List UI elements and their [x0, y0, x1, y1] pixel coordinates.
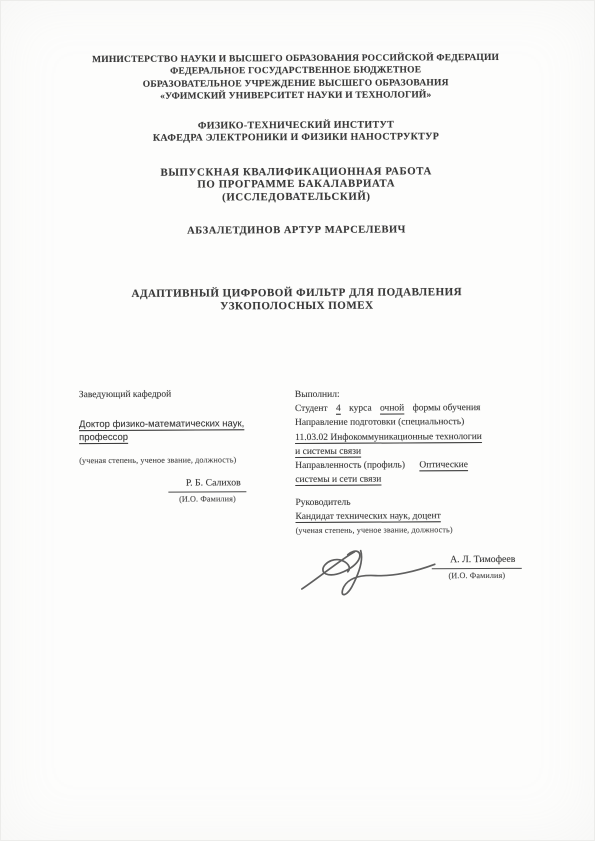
profile-line: Направленность (профиль) Оптические: [295, 458, 547, 474]
supervisor-name-hint: (И.О. Фамилия): [422, 569, 532, 584]
supervisor-degree: Кандидат технических наук, доцент: [295, 509, 547, 524]
profile-value-line2: системы и сети связи: [295, 472, 547, 488]
profile-value-line1: Оптические: [413, 460, 468, 470]
supervisor-block: Руководитель Кандидат технических наук, …: [295, 496, 547, 538]
sheet-content: МИНИСТЕРСТВО НАУКИ И ВЫСШЕГО ОБРАЗОВАНИЯ…: [0, 0, 595, 841]
head-name: Р. Б. Салихов: [168, 476, 247, 492]
student-line: Студент 4 курса очной формы обучения: [295, 401, 547, 417]
scanned-thesis-title-page: МИНИСТЕРСТВО НАУКИ И ВЫСШЕГО ОБРАЗОВАНИЯ…: [0, 0, 595, 841]
supervisor-role-label: Руководитель: [295, 496, 547, 511]
supervisor-credentials-hint: (ученая степень, ученое звание, должност…: [296, 523, 548, 538]
university-name: «УФИМСКИЙ УНИВЕРСИТЕТ НАУКИ И ТЕХНОЛОГИЙ…: [0, 88, 592, 103]
work-type-block: ВЫПУСКНАЯ КВАЛИФИКАЦИОННАЯ РАБОТА ПО ПРО…: [0, 164, 593, 204]
profile-label: Направленность (профиль): [295, 460, 405, 471]
supervisor-name: А. Л. Тимофеев: [432, 553, 521, 570]
student-block: Выполнил: Студент 4 курса очной формы об…: [295, 387, 548, 488]
ministry-header: МИНИСТЕРСТВО НАУКИ И ВЫСШЕГО ОБРАЗОВАНИЯ…: [0, 51, 592, 103]
head-name-hint: (И.О. Фамилия): [141, 492, 273, 506]
performed-label: Выполнил:: [295, 387, 547, 403]
thesis-title-line: УЗКОПОЛОСНЫХ ПОМЕХ: [0, 298, 593, 314]
head-role-label: Заведующий кафедрой: [79, 388, 291, 403]
head-credentials-hint: (ученая степень, ученое звание, должност…: [79, 453, 291, 468]
study-form: очной: [374, 404, 410, 414]
supervisor-signature-area: А. Л. Тимофеев (И.О. Фамилия): [296, 537, 548, 618]
head-signature-area: Р. Б. Салихов (И.О. Фамилия): [141, 476, 273, 506]
direction-value-line2: и системы связи: [295, 444, 547, 460]
direction-label: Направление подготовки (специальность): [295, 415, 547, 431]
thesis-title: АДАПТИВНЫЙ ЦИФРОВОЙ ФИЛЬТР ДЛЯ ПОДАВЛЕНИ…: [0, 285, 593, 314]
institute-header: ФИЗИКО-ТЕХНИЧЕСКИЙ ИНСТИТУТ КАФЕДРА ЭЛЕК…: [0, 118, 593, 146]
head-of-department-block: Заведующий кафедрой Доктор физико-матема…: [79, 388, 292, 506]
work-type-line: (ИССЛЕДОВАТЕЛЬСКИЙ): [0, 189, 593, 205]
direction-value-line1: 11.03.02 Инфокоммуникационные технологии: [295, 429, 547, 445]
supervisor-name-area: А. Л. Тимофеев (И.О. Фамилия): [422, 553, 532, 584]
course-word: курса: [349, 404, 372, 414]
head-degree: Доктор физико-математических наук, профе…: [79, 417, 285, 445]
author-name: АБЗАЛЕТДИНОВ АРТУР МАРСЕЛЕВИЧ: [0, 223, 593, 237]
student-word: Студент: [295, 404, 328, 414]
study-suffix: формы обучения: [413, 403, 481, 413]
signature-scribble: [298, 543, 438, 608]
course-number: 4: [330, 404, 347, 414]
department-name: КАФЕДРА ЭЛЕКТРОНИКИ И ФИЗИКИ НАНОСТРУКТУ…: [0, 131, 593, 146]
